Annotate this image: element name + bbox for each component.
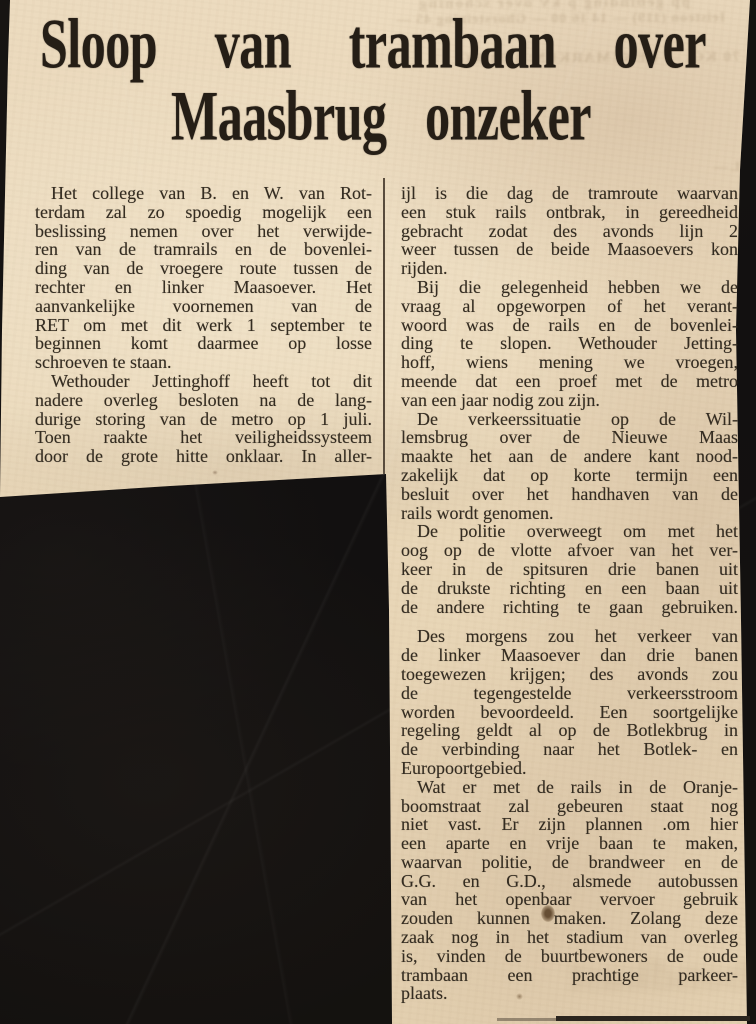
bleed-through-text: L —: [640, 160, 740, 177]
body-line: aanvankelijke voornemen van de: [35, 297, 372, 316]
right-column: ijl is die dag de tramroute waarvaneen s…: [401, 184, 738, 1003]
headline-word: van: [215, 8, 291, 79]
body-line: worden bevoordeeld. Een soortgelijke: [401, 703, 738, 722]
body-line: rails wordt genomen.: [401, 504, 738, 523]
body-line: Het college van B. en W. van Rot-: [35, 184, 372, 203]
body-line: besluit over het handhaven van de: [401, 485, 738, 504]
body-line: oog op de vlotte afvoer van het ver-: [401, 541, 738, 560]
body-line: zaak nog in het stadium van overleg: [401, 928, 738, 947]
body-line: de verbinding naar het Botlek- en: [401, 740, 738, 759]
body-line: regeling geldt al op de Botlekbrug in: [401, 721, 738, 740]
body-line: RET om met dit werk 1 september te: [35, 316, 372, 335]
body-line: gebracht zodat des avonds lijn 2: [401, 222, 738, 241]
body-line: terdam zal zo spoedig mogelijk een: [35, 203, 372, 222]
body-line: De politie overweegt om met het: [401, 522, 738, 541]
body-line: beginnen komt daarmee op losse: [35, 334, 372, 353]
body-line: lemsbrug over de Nieuwe Maas: [401, 428, 738, 447]
column-divider: [383, 178, 385, 474]
body-line: zouden kunnen maken. Zolang deze: [401, 909, 738, 928]
body-line: rechter en linker Maasoever. Het: [35, 278, 372, 297]
body-line: zakelijk dat op korte termijn een: [401, 466, 738, 485]
body-line: maakte het aan de andere kant nood-: [401, 447, 738, 466]
headline-word: Maasbrug: [171, 80, 386, 151]
body-line: nadere overleg besloten na de lang-: [35, 391, 372, 410]
body-line: toegewezen krijgen; des avonds zou: [401, 665, 738, 684]
body-line: hoff, wiens mening we vroegen,: [401, 353, 738, 372]
body-line: meende dat een proef met de metro: [401, 372, 738, 391]
body-line: ren van de tramrails en de bovenlei-: [35, 240, 372, 259]
body-line: Europoortgebied.: [401, 759, 738, 778]
ink-stain: [541, 905, 555, 922]
headline-line-1: Sloop van trambaan over: [40, 8, 706, 79]
body-line: woord was de rails en de bovenlei-: [401, 316, 738, 335]
body-line: beslissing nemen over het verwijde-: [35, 222, 372, 241]
body-line: ijl is die dag de tramroute waarvan: [401, 184, 738, 203]
body-line: ding te slopen. Wethouder Jetting-: [401, 334, 738, 353]
body-line: G.G. en G.D., alsmede autobussen: [401, 872, 738, 891]
headline-line-2: Maasbrug onzeker: [171, 80, 591, 151]
body-line: boomstraat zal gebeuren staat nog: [401, 797, 738, 816]
body-line: een stuk rails ontbrak, in gereedheid: [401, 203, 738, 222]
ink-stain: [212, 470, 218, 475]
body-line: vraag al opgeworpen of het verant-: [401, 297, 738, 316]
body-line: niet vast. Er zijn plannen .om hier: [401, 815, 738, 834]
body-line: van een jaar nodig zou zijn.: [401, 391, 738, 410]
body-line: is, vinden de buurtbewoners de oude: [401, 947, 738, 966]
body-line: plaats.: [401, 984, 738, 1003]
body-line: van het openbaar vervoer gebruik: [401, 890, 738, 909]
body-line: Toen raakte het veiligheidssysteem: [35, 428, 372, 447]
body-line: door de grote hitte onklaar. In aller-: [35, 447, 372, 466]
body-line: de andere richting te gaan gebruiken.: [401, 598, 738, 617]
bottom-rule: [556, 1016, 750, 1021]
photo-background: pp gebinding p kV over schoning Ieisteon…: [0, 0, 756, 1024]
body-line: schroeven te staan.: [35, 353, 372, 372]
body-line: weer tussen de beide Maasoevers kon: [401, 240, 738, 259]
body-line: de drukste richting en een baan uit: [401, 579, 738, 598]
body-line: rijden.: [401, 259, 738, 278]
body-line: een aparte en vrije baan te maken,: [401, 834, 738, 853]
body-line: de linker Maasoever dan drie banen: [401, 646, 738, 665]
headline-word: trambaan: [349, 8, 556, 79]
body-line: de tegengestelde verkeersstroom: [401, 684, 738, 703]
body-line: Des morgens zou het verkeer van: [401, 627, 738, 646]
body-line: Bij die gelegenheid hebben we de: [401, 278, 738, 297]
body-line: durige storing van de metro op 1 juli.: [35, 410, 372, 429]
body-line: Wat er met de rails in de Oranje-: [401, 778, 738, 797]
headline-word: over: [614, 8, 706, 79]
headline-word: onzeker: [425, 80, 591, 151]
body-line: De verkeerssituatie op de Wil-: [401, 410, 738, 429]
body-line: trambaan een prachtige parkeer-: [401, 966, 738, 985]
body-line: keer in de spitsuren drie banen uit: [401, 560, 738, 579]
body-line: Wethouder Jettinghoff heeft tot dit: [35, 372, 372, 391]
body-line: waarvan politie, de brandweer en de: [401, 853, 738, 872]
ink-stain: [516, 993, 523, 1000]
left-column: Het college van B. en W. van Rot-terdam …: [35, 184, 372, 466]
headline-word: Sloop: [40, 8, 157, 79]
body-line: ding van de vroegere route tussen de: [35, 259, 372, 278]
